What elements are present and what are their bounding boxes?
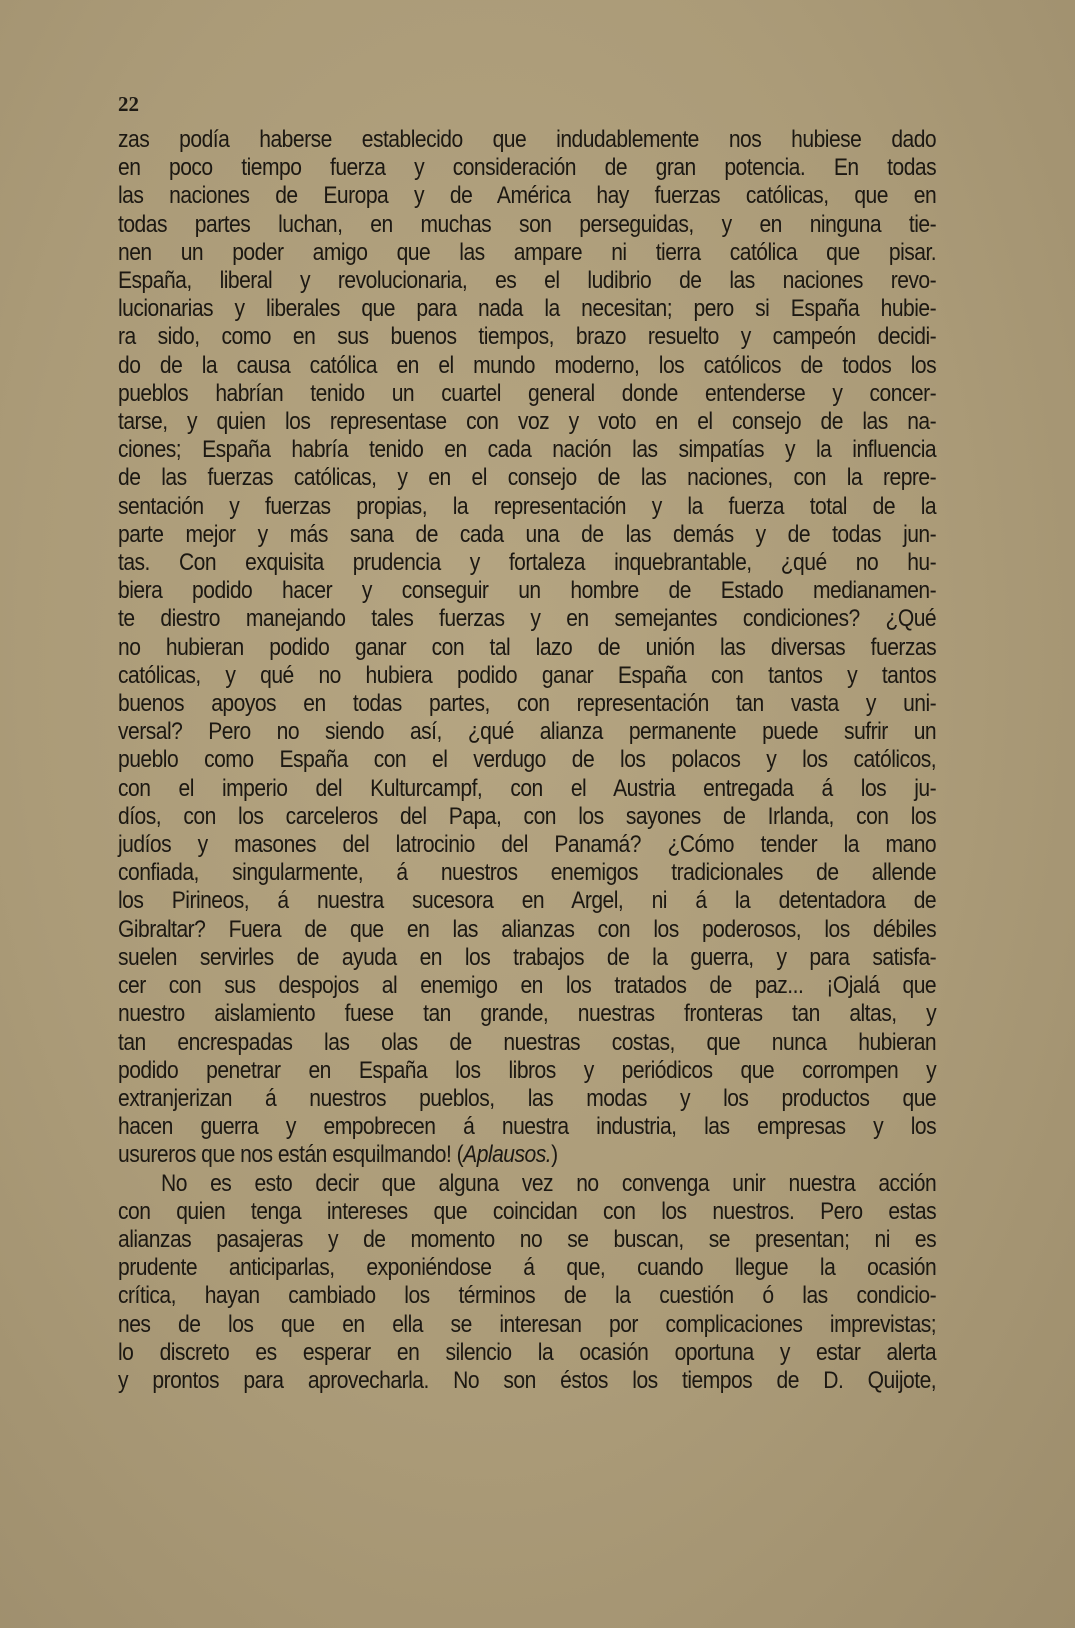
text-line: extranjerizan á nuestros pueblos, las mo… <box>118 1085 936 1113</box>
page-number: 22 <box>118 92 139 117</box>
text-line: tarse, y quien los representase con voz … <box>118 408 936 436</box>
text-line: nes de los que en ella se interesan por … <box>118 1311 936 1339</box>
text-line-applause: usureros que nos están esquilmando! (Apl… <box>118 1141 936 1169</box>
text-line: biera podido hacer y conseguir un hombre… <box>118 577 936 605</box>
text-line: nuestro aislamiento fuese tan grande, nu… <box>118 1000 936 1028</box>
text-line: de las fuerzas católicas, y en el consej… <box>118 464 936 492</box>
text-line: te diestro manejando tales fuerzas y en … <box>118 605 936 633</box>
text-line: confiada, singularmente, á nuestros enem… <box>118 859 936 887</box>
text-line: cer con sus despojos al enemigo en los t… <box>118 972 936 1000</box>
text-line: suelen servirles de ayuda en los trabajo… <box>118 944 936 972</box>
text-line: con quien tenga intereses que coincidan … <box>118 1198 936 1226</box>
text-line: zas podía haberse establecido que induda… <box>118 126 936 154</box>
text-line: España, liberal y revolucionaria, es el … <box>118 267 936 295</box>
text-line: y prontos para aprovecharla. No son ésto… <box>118 1367 936 1395</box>
text-line: buenos apoyos en todas partes, con repre… <box>118 690 936 718</box>
text-line: ciones; España habría tenido en cada nac… <box>118 436 936 464</box>
text-line: todas partes luchan, en muchas son perse… <box>118 211 936 239</box>
text-line: podido penetrar en España los libros y p… <box>118 1057 936 1085</box>
text-line: versal? Pero no siendo así, ¿qué alianza… <box>118 718 936 746</box>
text-line: en poco tiempo fuerza y consideración de… <box>118 154 936 182</box>
text-line: parte mejor y más sana de cada una de la… <box>118 521 936 549</box>
text-line: tas. Con exquisita prudencia y fortaleza… <box>118 549 936 577</box>
text-line: lucionarias y liberales que para nada la… <box>118 295 936 323</box>
body-text: zas podía haberse establecido que induda… <box>118 126 936 1395</box>
text-line: nen un poder amigo que las ampare ni tie… <box>118 239 936 267</box>
text-line: no hubieran podido ganar con tal lazo de… <box>118 634 936 662</box>
text-line: díos, con los carceleros del Papa, con l… <box>118 803 936 831</box>
text-line: crítica, hayan cambiado los términos de … <box>118 1282 936 1310</box>
text-line: judíos y masones del latrocinio del Pana… <box>118 831 936 859</box>
text-line: Gibraltar? Fuera de que en las alianzas … <box>118 916 936 944</box>
text-line: pueblo como España con el verdugo de los… <box>118 746 936 774</box>
text-line: sentación y fuerzas propias, la represen… <box>118 493 936 521</box>
text-line: con el imperio del Kulturcampf, con el A… <box>118 775 936 803</box>
text-line: tan encrespadas las olas de nuestras cos… <box>118 1029 936 1057</box>
applause-close: ) <box>551 1141 558 1168</box>
text-line: ra sido, como en sus buenos tiempos, bra… <box>118 323 936 351</box>
text-line: los Pirineos, á nuestra sucesora en Arge… <box>118 887 936 915</box>
text-line: católicas, y qué no hubiera podido ganar… <box>118 662 936 690</box>
text-line: do de la causa católica en el mundo mode… <box>118 352 936 380</box>
text-line: hacen guerra y empobrecen á nuestra indu… <box>118 1113 936 1141</box>
paragraph-start-line: No es esto decir que alguna vez no conve… <box>118 1170 936 1198</box>
text-line: pueblos habrían tenido un cuartel genera… <box>118 380 936 408</box>
text-line: usureros que nos están esquilmando! ( <box>118 1141 463 1168</box>
text-line: las naciones de Europa y de América hay … <box>118 182 936 210</box>
applause-annotation: Aplausos. <box>463 1141 551 1168</box>
text-line: prudente anticiparlas, exponiéndose á qu… <box>118 1254 936 1282</box>
text-line: lo discreto es esperar en silencio la oc… <box>118 1339 936 1367</box>
text-line: alianzas pasajeras y de momento no se bu… <box>118 1226 936 1254</box>
